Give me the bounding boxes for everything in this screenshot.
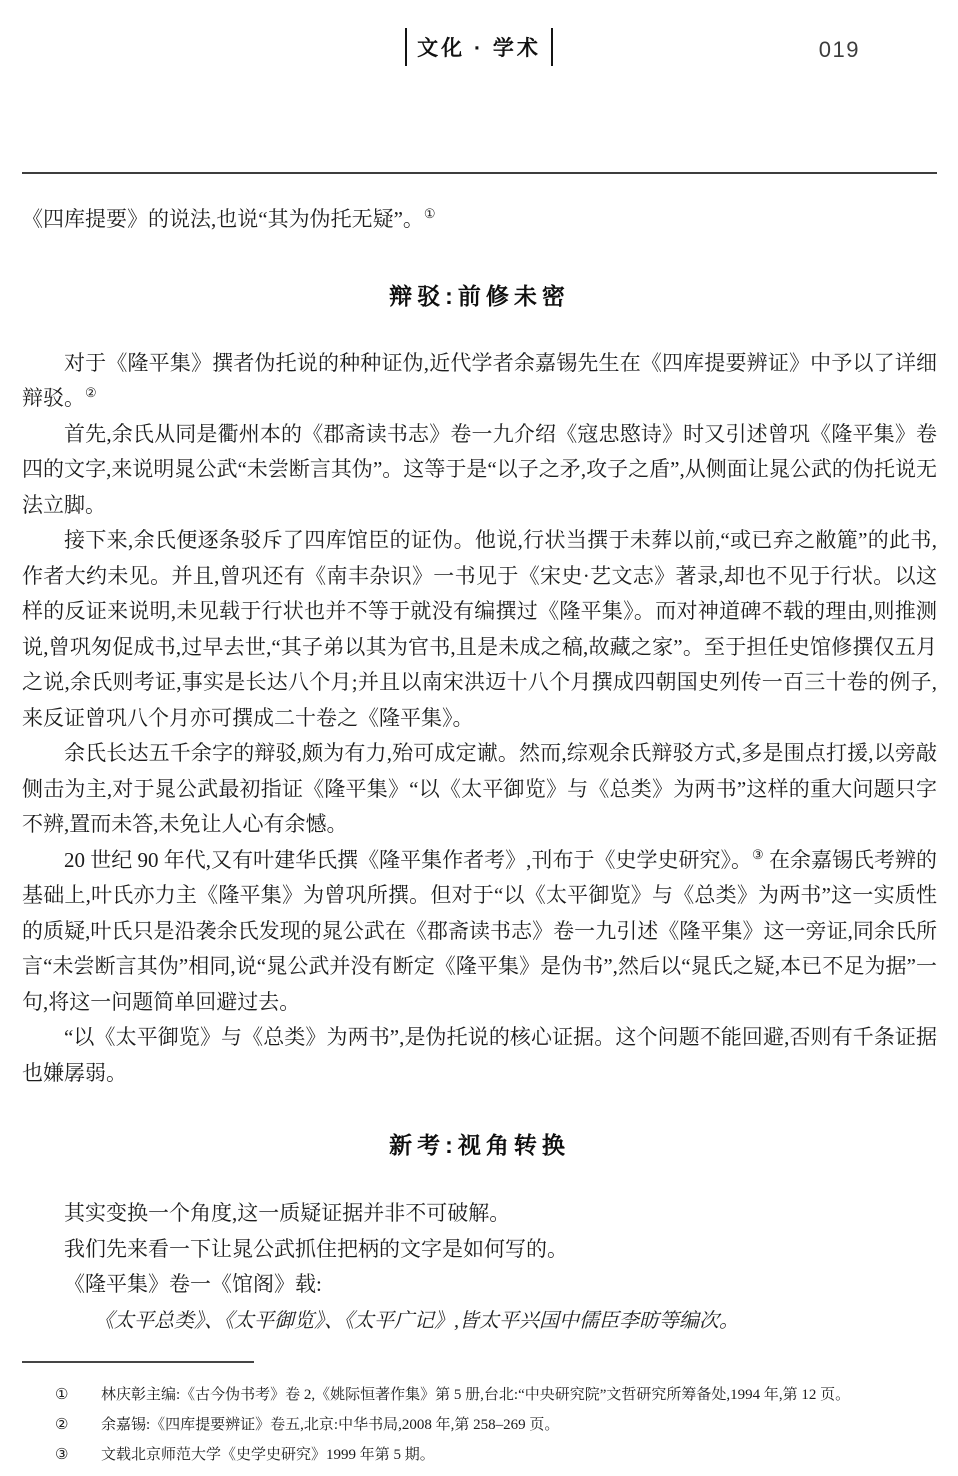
page-header: 文化 · 学术: [0, 28, 958, 66]
paragraph-carryover-text: 《四库提要》的说法,也说“其为伪托无疑”。: [22, 207, 424, 231]
footnote-text: 文载北京师范大学《史学史研究》1999 年第 5 期。: [101, 1440, 435, 1470]
paragraph: 余氏长达五千余字的辩驳,颇为有力,殆可成定谳。然而,综观余氏辩驳方式,多是围点打…: [22, 736, 937, 843]
document-page: 文化 · 学术 019 《四库提要》的说法,也说“其为伪托无疑”。① 辩驳:前修…: [0, 0, 958, 1476]
footnote-ref-3: ③: [752, 847, 764, 862]
paragraph: 我们先来看一下让晁公武抓住把柄的文字是如何写的。: [22, 1232, 937, 1268]
section-header-title: 文化 · 学术: [405, 28, 553, 66]
paragraph-text: 20 世纪 90 年代,又有叶建华氏撰《隆平集作者考》,刊布于《史学史研究》。: [64, 848, 752, 872]
footnote-number: ①: [55, 1380, 81, 1410]
footnotes: ① 林庆彰主编:《古今伪书考》卷 2,《姚际恒著作集》第 5 册,台北:“中央研…: [22, 1380, 937, 1470]
footnote-number: ③: [55, 1440, 81, 1470]
section-heading-new-study: 新考:视角转换: [22, 1127, 937, 1163]
footnote-ref-1: ①: [424, 206, 436, 221]
paragraph-text: 对于《隆平集》撰者伪托说的种种证伪,近代学者余嘉锡先生在《四库提要辨证》中予以了…: [22, 351, 937, 411]
paragraph: “以《太平御览》与《总类》为两书”,是伪托说的核心证据。这个问题不能回避,否则有…: [22, 1020, 937, 1091]
footnote-item: ① 林庆彰主编:《古今伪书考》卷 2,《姚际恒著作集》第 5 册,台北:“中央研…: [22, 1380, 937, 1410]
paragraph-carryover: 《四库提要》的说法,也说“其为伪托无疑”。①: [22, 202, 937, 238]
paragraph: 对于《隆平集》撰者伪托说的种种证伪,近代学者余嘉锡先生在《四库提要辨证》中予以了…: [22, 346, 937, 417]
footnote-text: 林庆彰主编:《古今伪书考》卷 2,《姚际恒著作集》第 5 册,台北:“中央研究院…: [101, 1380, 850, 1410]
page-number: 019: [819, 37, 860, 63]
footnote-text: 余嘉锡:《四库提要辨证》卷五,北京:中华书局,2008 年,第 258–269 …: [101, 1410, 559, 1440]
footnote-ref-2: ②: [85, 385, 97, 400]
header-rule: [22, 172, 937, 174]
paragraph: 《隆平集》卷一《馆阁》载:: [22, 1267, 937, 1303]
footnote-number: ②: [55, 1410, 81, 1440]
article-body: 《四库提要》的说法,也说“其为伪托无疑”。① 辩驳:前修未密 对于《隆平集》撰者…: [22, 202, 937, 1470]
section-heading-rebuttal: 辩驳:前修未密: [22, 278, 937, 314]
paragraph: 接下来,余氏便逐条驳斥了四库馆臣的证伪。他说,行状当撰于未葬以前,“或已弃之敝簏…: [22, 523, 937, 736]
paragraph: 20 世纪 90 年代,又有叶建华氏撰《隆平集作者考》,刊布于《史学史研究》。③…: [22, 843, 937, 1021]
paragraph: 其实变换一个角度,这一质疑证据并非不可破解。: [22, 1196, 937, 1232]
footnote-item: ② 余嘉锡:《四库提要辨证》卷五,北京:中华书局,2008 年,第 258–26…: [22, 1410, 937, 1440]
paragraph: 首先,余氏从同是衢州本的《郡斋读书志》卷一九介绍《寇忠愍诗》时又引述曾巩《隆平集…: [22, 417, 937, 524]
paragraph-text: 在余嘉锡氏考辨的基础上,叶氏亦力主《隆平集》为曾巩所撰。但对于“以《太平御览》与…: [22, 848, 937, 1014]
block-quote: 《太平总类》、《太平御览》、《太平广记》,皆太平兴国中儒臣李昉等编次。: [22, 1303, 937, 1339]
footnote-separator: [22, 1361, 254, 1363]
footnote-item: ③ 文载北京师范大学《史学史研究》1999 年第 5 期。: [22, 1440, 937, 1470]
